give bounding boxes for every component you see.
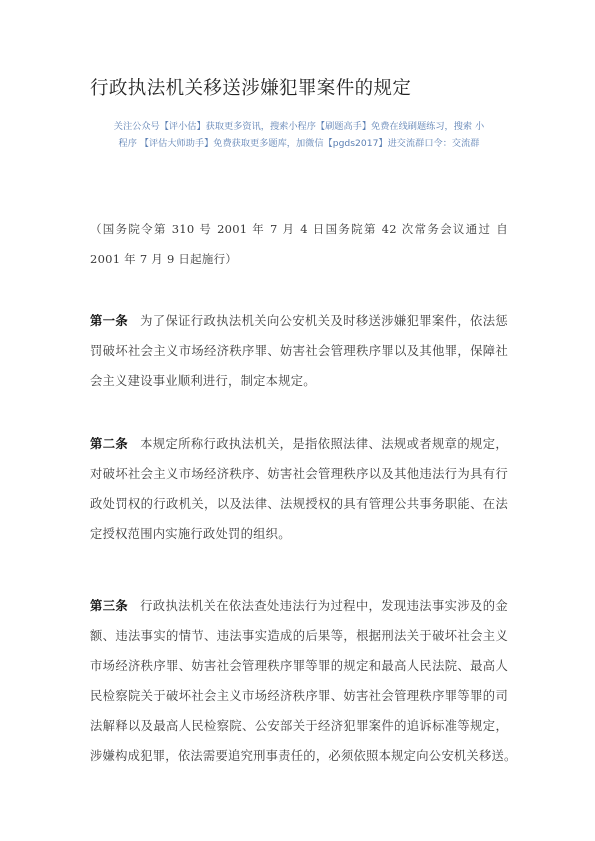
document-page: 行政执法机关移送涉嫌犯罪案件的规定 关注公众号【评小估】获取更多资讯，搜索小程序… [0, 0, 595, 841]
article-line: 会主义建设事业顺利进行，制定本规定。 [90, 366, 508, 396]
article-line: 额、违法事实的情节、违法事实造成的后果等，根据刑法关于破坏社会主义 [90, 621, 508, 651]
document-title: 行政执法机关移送涉嫌犯罪案件的规定 [90, 74, 411, 100]
article-text: 本规定所称行政执法机关，是指依照法律、法规或者规章的规定， [140, 437, 508, 451]
promo-line: 程序 【评估大师助手】免费获取更多题库，加微信【pgds2017】进交流群口令：… [90, 135, 508, 152]
article-line: 第一条为了保证行政执法机关向公安机关及时移送涉嫌犯罪案件，依法惩 [90, 306, 508, 336]
article-label: 第一条 [90, 314, 128, 328]
promo-line: 关注公众号【评小估】获取更多资讯，搜索小程序【刷题高手】免费在线刷题练习，搜索 … [90, 118, 508, 135]
article-line: 法解释以及最高人民检察院、公安部关于经济犯罪案件的追诉标准等规定， [90, 711, 508, 741]
article-line: 市场经济秩序罪、妨害社会管理秩序罪等罪的规定和最高人民法院、最高人 [90, 651, 508, 681]
article-line: 第三条行政执法机关在依法查处违法行为过程中，发现违法事实涉及的金 [90, 591, 508, 621]
meta-line: 2001 年 7 月 9 日起施行） [90, 244, 508, 274]
article-line: 定授权范围内实施行政处罚的组织。 [90, 519, 508, 549]
promo-notice: 关注公众号【评小估】获取更多资讯，搜索小程序【刷题高手】免费在线刷题练习，搜索 … [90, 118, 508, 152]
article-label: 第三条 [90, 599, 128, 613]
meta-line: （国务院令第 310 号 2001 年 7 月 4 日国务院第 42 次常务会议… [90, 214, 508, 244]
article-line: 罚破坏社会主义市场经济秩序罪、妨害社会管理秩序罪以及其他罪，保障社 [90, 336, 508, 366]
article-3: 第三条行政执法机关在依法查处违法行为过程中，发现违法事实涉及的金 额、违法事实的… [90, 591, 508, 771]
decree-meta: （国务院令第 310 号 2001 年 7 月 4 日国务院第 42 次常务会议… [90, 214, 508, 274]
article-2: 第二条本规定所称行政执法机关，是指依照法律、法规或者规章的规定， 对破坏社会主义… [90, 429, 508, 549]
article-line: 政处罚权的行政机关，以及法律、法规授权的具有管理公共事务职能、在法 [90, 489, 508, 519]
article-line: 民检察院关于破坏社会主义市场经济秩序罪、妨害社会管理秩序罪等罪的司 [90, 681, 508, 711]
article-text: 为了保证行政执法机关向公安机关及时移送涉嫌犯罪案件，依法惩 [140, 314, 508, 328]
article-label: 第二条 [90, 437, 128, 451]
article-text: 行政执法机关在依法查处违法行为过程中，发现违法事实涉及的金 [140, 599, 508, 613]
article-line: 第二条本规定所称行政执法机关，是指依照法律、法规或者规章的规定， [90, 429, 508, 459]
article-line: 对破坏社会主义市场经济秩序、妨害社会管理秩序以及其他违法行为具有行 [90, 459, 508, 489]
article-line: 涉嫌构成犯罪，依法需要追究刑事责任的，必须依照本规定向公安机关移送。 [90, 741, 508, 771]
article-1: 第一条为了保证行政执法机关向公安机关及时移送涉嫌犯罪案件，依法惩 罚破坏社会主义… [90, 306, 508, 396]
